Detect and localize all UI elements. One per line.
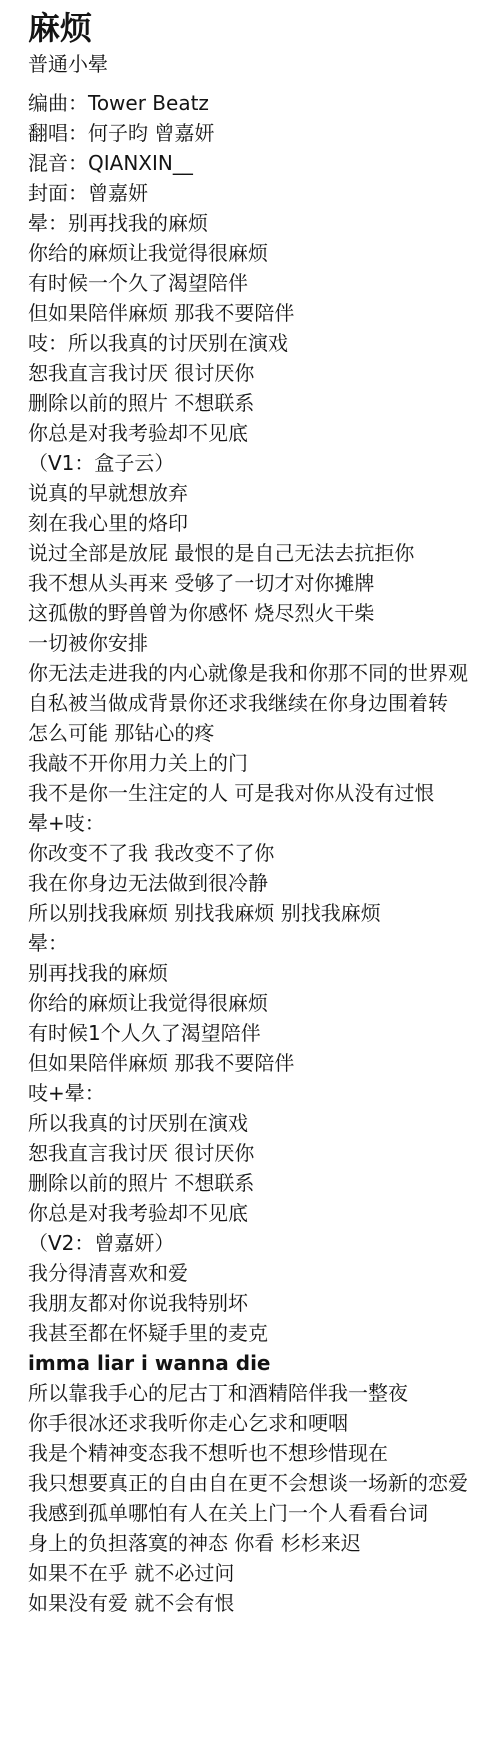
lyric-line: 这孤傲的野兽曾为你感怀 烧尽烈火干柴 xyxy=(28,598,490,628)
lyric-line: 恕我直言我讨厌 很讨厌你 xyxy=(28,1138,490,1168)
lyric-line: 所以靠我手心的尼古丁和酒精陪伴我一整夜 xyxy=(28,1378,490,1408)
section-label: （V1：盒子云） xyxy=(28,448,490,478)
lyrics-page: 麻烦 普通小晕 编曲：Tower Beatz 翻唱：何子昀 曾嘉妍 混音：QIA… xyxy=(0,0,500,1618)
lyric-line: 但如果陪伴麻烦 那我不要陪伴 xyxy=(28,298,490,328)
lyric-line: 我不想从头再来 受够了一切才对你摊牌 xyxy=(28,568,490,598)
lyric-line: 删除以前的照片 不想联系 xyxy=(28,1168,490,1198)
lyric-line: 别再找我的麻烦 xyxy=(28,958,490,988)
lyric-line: 你改变不了我 我改变不了你 xyxy=(28,838,490,868)
section-label: （V2：曾嘉妍） xyxy=(28,1228,490,1258)
lyric-line: 我在你身边无法做到很冷静 xyxy=(28,868,490,898)
credit-line: 混音：QIANXIN__ xyxy=(28,148,490,178)
lyric-line: 身上的负担落寞的神态 你看 杉杉来迟 xyxy=(28,1528,490,1558)
lyric-line: 一切被你安排 xyxy=(28,628,490,658)
lyric-line: 我不是你一生注定的人 可是我对你从没有过恨 xyxy=(28,778,490,808)
lyric-line: 晕：别再找我的麻烦 xyxy=(28,208,490,238)
section-label: 晕+吱： xyxy=(28,808,490,838)
lyric-line: 吱：所以我真的讨厌别在演戏 xyxy=(28,328,490,358)
lyric-line: 恕我直言我讨厌 很讨厌你 xyxy=(28,358,490,388)
lyric-line: 我朋友都对你说我特别坏 xyxy=(28,1288,490,1318)
lyric-line: 如果没有爱 就不会有恨 xyxy=(28,1588,490,1618)
lyric-line: 我甚至都在怀疑手里的麦克 xyxy=(28,1318,490,1348)
lyric-line: 如果不在乎 就不必过问 xyxy=(28,1558,490,1588)
credit-line: 封面：曾嘉妍 xyxy=(28,178,490,208)
lyric-line: 我敲不开你用力关上的门 xyxy=(28,748,490,778)
lyric-line: 所以我真的讨厌别在演戏 xyxy=(28,1108,490,1138)
lyric-line: 我分得清喜欢和爱 xyxy=(28,1258,490,1288)
artist-name: 普通小晕 xyxy=(28,50,490,78)
lyrics-body: 编曲：Tower Beatz 翻唱：何子昀 曾嘉妍 混音：QIANXIN__ 封… xyxy=(28,88,490,1618)
section-label: 晕： xyxy=(28,928,490,958)
lyric-line: 我只想要真正的自由自在更不会想谈一场新的恋爱 xyxy=(28,1468,490,1498)
section-label: 吱+晕： xyxy=(28,1078,490,1108)
lyric-line: 说过全部是放屁 最恨的是自己无法去抗拒你 xyxy=(28,538,490,568)
lyric-line: 有时候一个久了渴望陪伴 xyxy=(28,268,490,298)
lyric-line: 有时候1个人久了渴望陪伴 xyxy=(28,1018,490,1048)
credit-line: 编曲：Tower Beatz xyxy=(28,88,490,118)
lyric-line: 怎么可能 那钻心的疼 xyxy=(28,718,490,748)
lyric-line: 你给的麻烦让我觉得很麻烦 xyxy=(28,988,490,1018)
lyric-line: 刻在我心里的烙印 xyxy=(28,508,490,538)
lyric-line: 说真的早就想放弃 xyxy=(28,478,490,508)
lyric-line: 自私被当做成背景你还求我继续在你身边围着转 xyxy=(28,688,490,718)
credit-line: 翻唱：何子昀 曾嘉妍 xyxy=(28,118,490,148)
lyric-line: imma liar i wanna die xyxy=(28,1348,490,1378)
lyric-line: 你无法走进我的内心就像是我和你那不同的世界观 xyxy=(28,658,490,688)
lyric-line: 你给的麻烦让我觉得很麻烦 xyxy=(28,238,490,268)
lyric-line: 但如果陪伴麻烦 那我不要陪伴 xyxy=(28,1048,490,1078)
lyric-line: 我是个精神变态我不想听也不想珍惜现在 xyxy=(28,1438,490,1468)
lyric-line: 你总是对我考验却不见底 xyxy=(28,1198,490,1228)
page-title: 麻烦 xyxy=(28,8,490,48)
lyric-line: 所以别找我麻烦 别找我麻烦 别找我麻烦 xyxy=(28,898,490,928)
lyric-line: 我感到孤单哪怕有人在关上门一个人看看台词 xyxy=(28,1498,490,1528)
lyric-line: 删除以前的照片 不想联系 xyxy=(28,388,490,418)
lyric-line: 你总是对我考验却不见底 xyxy=(28,418,490,448)
lyric-line: 你手很冰还求我听你走心乞求和哽咽 xyxy=(28,1408,490,1438)
